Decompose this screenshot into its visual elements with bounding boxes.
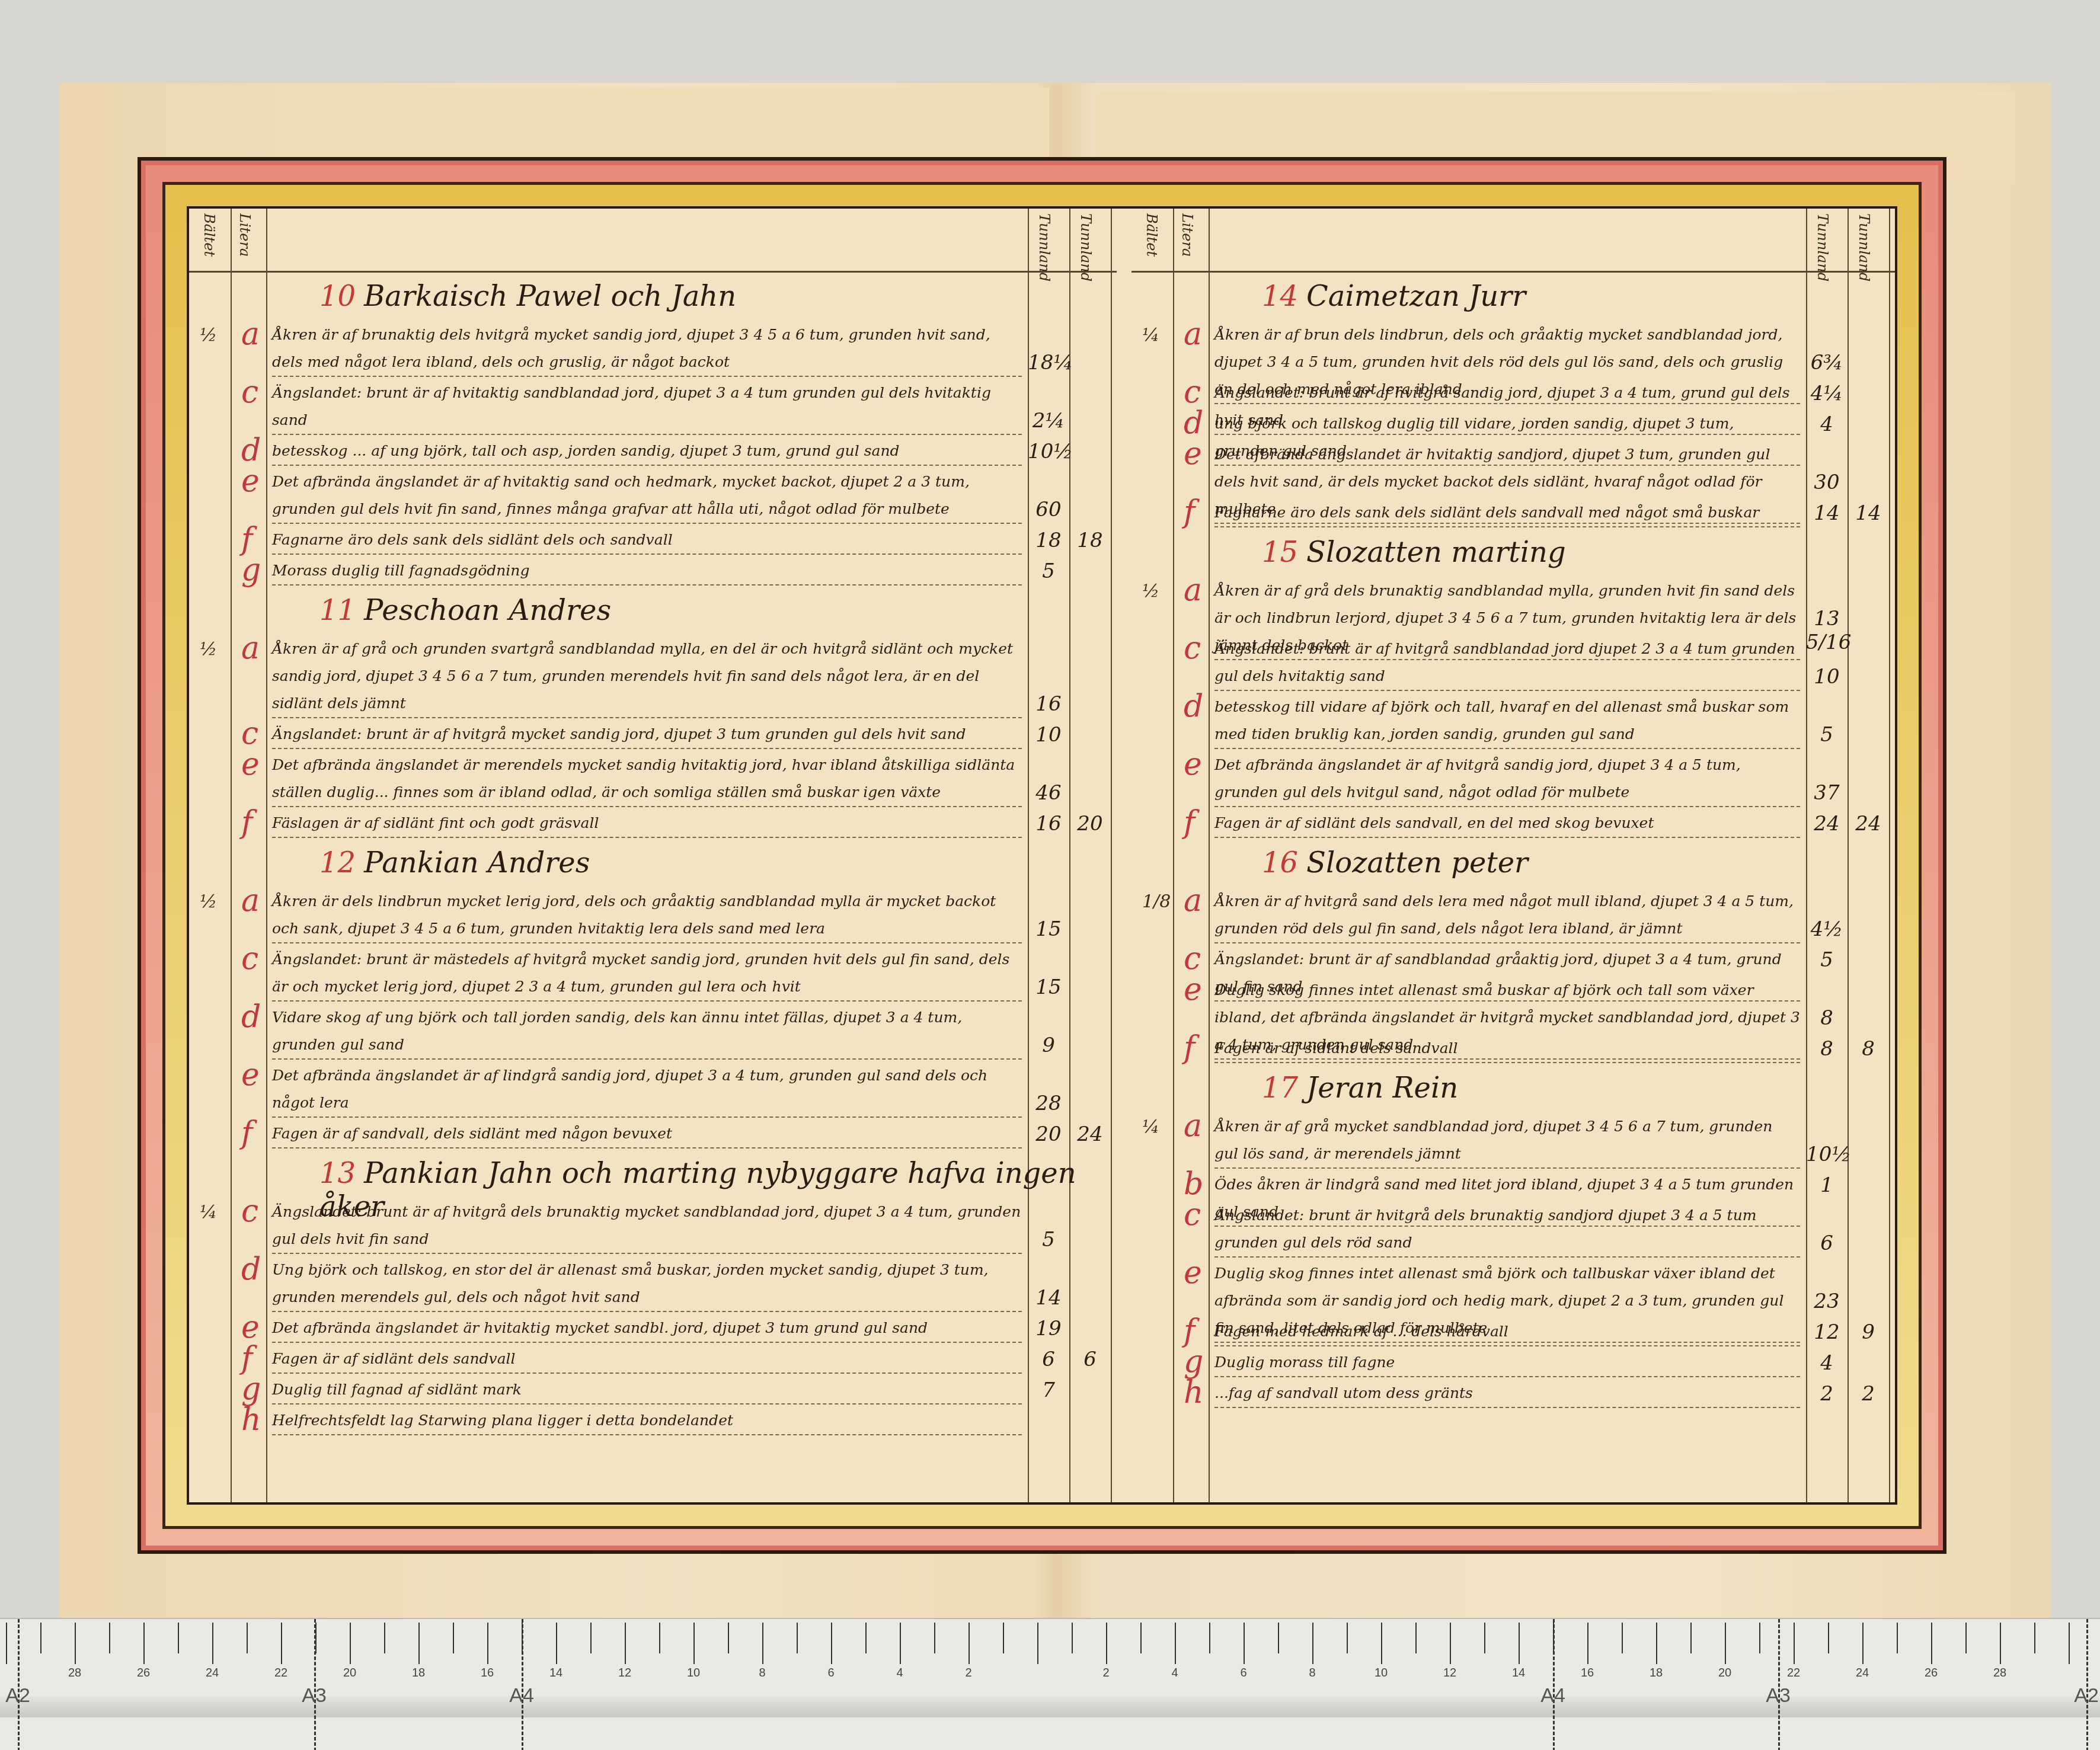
ruler-number: 8 — [759, 1666, 765, 1680]
ruler-number: 10 — [687, 1666, 700, 1680]
row-value: 9 — [1028, 1034, 1069, 1057]
row-letter: g — [1184, 1344, 1203, 1380]
row-value: 15 — [1028, 917, 1069, 941]
ruler-number: 20 — [343, 1666, 356, 1680]
ruler-tick — [1140, 1623, 1142, 1653]
header-divider — [189, 271, 1117, 273]
row-letter: c — [1184, 375, 1201, 410]
bal-fraction: ½ — [200, 891, 217, 912]
row-value: 4 — [1806, 412, 1848, 436]
row-description: Det afbrända ängslandet är af lindgrå sa… — [272, 1062, 1022, 1118]
row-description: Åkren är af hvitgrå sand dels lera med n… — [1214, 888, 1800, 943]
row-value-2: 18 — [1069, 529, 1111, 552]
row-letter: c — [241, 1194, 258, 1229]
row-value: 8 — [1806, 1037, 1848, 1061]
ruler-number: 12 — [1443, 1666, 1456, 1680]
row-value: 2¼ — [1028, 409, 1069, 433]
ruler-tick — [1725, 1623, 1726, 1664]
row-value: 20 — [1028, 1122, 1069, 1146]
ruler-tick — [556, 1623, 557, 1664]
ruler-number: 22 — [274, 1666, 287, 1680]
ruler-tick — [1244, 1623, 1245, 1664]
ruler-tick — [590, 1623, 592, 1653]
row-letter: a — [1184, 572, 1202, 608]
ruler-tick — [797, 1623, 798, 1653]
row-letter: d — [1184, 689, 1203, 724]
row-description: Ung björk och tallskog, en stor del är a… — [272, 1256, 1022, 1312]
row-value: 4 — [1806, 1351, 1848, 1375]
entry-number: 15 — [1262, 536, 1298, 569]
ruler-tick — [762, 1623, 763, 1664]
ruler-tick — [2034, 1623, 2035, 1653]
row-value: 6 — [1028, 1348, 1069, 1371]
ruler-tick — [865, 1623, 867, 1653]
row-letter: d — [241, 1252, 261, 1287]
ruler-tick — [1965, 1623, 1967, 1653]
ruler-number: 4 — [896, 1666, 903, 1680]
ruler-tick — [75, 1623, 76, 1664]
row-letter: e — [1184, 972, 1202, 1007]
row-description: Fagen är af sidlänt dels sandvall — [1214, 1035, 1800, 1063]
row-value: 10½ — [1806, 1143, 1848, 1166]
column-divider — [1209, 209, 1210, 1502]
row-description: Fagnarne äro dels sank dels sidlänt dels… — [1214, 499, 1800, 527]
entry-number: 12 — [319, 846, 356, 879]
bal-fraction: ½ — [1142, 581, 1159, 602]
ruler-tick — [143, 1623, 145, 1664]
ruler-tick — [1037, 1623, 1038, 1664]
row-letter: e — [1184, 1255, 1202, 1291]
ruler-number: 14 — [1512, 1666, 1525, 1680]
ruler-number: 24 — [1856, 1666, 1869, 1680]
row-description: Ängslandet: brunt är hvitgrå dels brunak… — [1214, 1202, 1800, 1258]
ruler-number: 18 — [412, 1666, 425, 1680]
paper-format-label: A3 — [302, 1684, 327, 1707]
ruler-tick — [900, 1623, 901, 1664]
row-value: 16 — [1028, 692, 1069, 716]
row-letter: c — [1184, 631, 1201, 666]
ruler-number: 6 — [827, 1666, 834, 1680]
row-letter: a — [1184, 1108, 1202, 1144]
ruler-number: 8 — [1309, 1666, 1315, 1680]
row-value: 2 — [1806, 1382, 1848, 1406]
ruler-tick — [1690, 1623, 1692, 1653]
entry-number: 17 — [1262, 1071, 1298, 1105]
ruler-number: 26 — [1925, 1666, 1938, 1680]
ruler-number: 12 — [618, 1666, 631, 1680]
column-divider — [1173, 209, 1174, 1502]
ruler-tick — [1106, 1623, 1107, 1664]
ruler-tick — [1278, 1623, 1279, 1653]
row-letter: e — [241, 747, 260, 782]
row-value: 19 — [1028, 1317, 1069, 1341]
ruler-tick — [281, 1623, 282, 1664]
entry-name: Caimetzan Jurr — [1306, 280, 1526, 313]
row-letter: c — [1184, 941, 1201, 977]
row-value: 46 — [1028, 781, 1069, 805]
row-description: Det afbrända ängslandet är af hvitgrå sa… — [1214, 751, 1800, 807]
ruler-tick — [1209, 1623, 1210, 1653]
row-letter: f — [241, 1341, 252, 1376]
ruler-number: 28 — [68, 1666, 81, 1680]
entry-number: 11 — [319, 594, 356, 627]
row-letter: a — [241, 883, 260, 919]
row-value: 15 — [1028, 975, 1069, 999]
ruler-tick — [1759, 1623, 1760, 1653]
row-description: Åkren är dels lindbrun mycket lerig jord… — [272, 888, 1022, 943]
entry-number: 14 — [1262, 280, 1298, 313]
ruler-tick — [1794, 1623, 1795, 1664]
row-value: 5 — [1028, 559, 1069, 583]
row-description: Fagen är af sandvall, dels sidlänt med n… — [272, 1120, 1022, 1148]
paper-format-label: A4 — [509, 1684, 534, 1707]
ruler-tick — [2069, 1623, 2070, 1664]
column-header: Tunnland — [1856, 213, 1872, 281]
row-value-2: 24 — [1069, 1122, 1111, 1146]
row-value-2: 9 — [1848, 1320, 1889, 1344]
right-page: BältetLiteraTunnlandTunnland14Caimetzan … — [1131, 209, 1895, 1502]
row-description: Ängslandet: brunt är af hvitgrå dels bru… — [272, 1198, 1022, 1254]
ruler-number: 4 — [1171, 1666, 1178, 1680]
row-letter: f — [241, 805, 252, 840]
ruler-tick — [1656, 1623, 1657, 1664]
entry-number: 10 — [319, 280, 356, 313]
bal-fraction: ½ — [200, 325, 217, 345]
row-value-2: 14 — [1848, 501, 1889, 525]
entry-name: Barkaisch Pawel och Jahn — [364, 280, 736, 313]
entry-number: 16 — [1262, 846, 1298, 879]
ruler-tick — [934, 1623, 935, 1653]
ruler-tick — [1587, 1623, 1588, 1664]
entry-name: Slozatten peter — [1306, 846, 1528, 879]
row-value: 18 — [1028, 529, 1069, 552]
ruler-tick — [1175, 1623, 1176, 1664]
ruler-tick — [487, 1623, 488, 1664]
ruler-tick — [625, 1623, 626, 1664]
row-value: 4¼ — [1806, 382, 1848, 405]
row-description: Duglig morass till fagne — [1214, 1349, 1800, 1377]
row-letter: c — [241, 375, 258, 410]
ruler-number: 16 — [1581, 1666, 1594, 1680]
ruler-tick — [1931, 1623, 1932, 1664]
ruler-tick — [728, 1623, 729, 1653]
ruler-number: 22 — [1787, 1666, 1800, 1680]
row-description: Vidare skog af ung björk och tall jorden… — [272, 1004, 1022, 1060]
row-value: 23 — [1806, 1290, 1848, 1313]
bal-fraction: ¼ — [200, 1202, 217, 1223]
row-description: Ängslandet: brunt är af hvitaktig sandbl… — [272, 379, 1022, 435]
row-description: Ängslandet: brunt är af hvitgrå sandblan… — [1214, 635, 1800, 691]
ruler-tick — [418, 1623, 420, 1664]
register-table: BältetLiteraTunnlandTunnland10Barkaisch … — [187, 206, 1897, 1505]
ruler-tick — [1450, 1623, 1451, 1664]
row-value: 4½ — [1806, 917, 1848, 941]
paper-format-label: A3 — [1766, 1684, 1791, 1707]
row-description: Fagnarne äro dels sank dels sidlänt dels… — [272, 526, 1022, 555]
column-header: Tunnland — [1036, 213, 1053, 281]
paper-format-label: A2 — [2074, 1684, 2099, 1707]
ruler-tick — [831, 1623, 832, 1664]
ruler-tick — [109, 1623, 110, 1653]
entry-number: 13 — [319, 1157, 356, 1190]
row-letter: a — [241, 316, 260, 352]
ruler-tick — [969, 1623, 970, 1664]
ruler-tick — [350, 1623, 351, 1664]
row-letter: c — [1184, 1197, 1201, 1233]
ruler-tick — [659, 1623, 660, 1653]
row-letter: f — [1184, 1313, 1195, 1349]
bal-fraction: 1/8 — [1142, 891, 1171, 912]
ruler-tick — [1519, 1623, 1520, 1664]
row-value: 14 — [1028, 1286, 1069, 1310]
column-divider — [231, 209, 232, 1502]
ruler-number: 14 — [549, 1666, 562, 1680]
entry-name: Peschoan Andres — [364, 594, 611, 627]
row-letter: c — [241, 716, 258, 751]
row-letter: e — [1184, 436, 1202, 472]
row-letter: f — [1184, 805, 1195, 840]
row-description: Det afbrända ängslandet är af hvitaktig … — [272, 468, 1022, 524]
row-value: 10 — [1806, 665, 1848, 689]
ruler-tick — [453, 1623, 454, 1653]
row-description: Fagen med hedmark af ... dels hårdvall — [1214, 1318, 1800, 1346]
row-letter: f — [241, 1115, 252, 1151]
row-value: 10 — [1028, 723, 1069, 747]
row-description: Åkren är af grå mycket sandblandad jord,… — [1214, 1113, 1800, 1169]
row-letter: h — [1184, 1375, 1204, 1410]
row-value: 24 — [1806, 812, 1848, 836]
row-description: Ängslandet: brunt är af hvitgrå mycket s… — [272, 721, 1022, 749]
ruler-tick — [1381, 1623, 1382, 1664]
row-letter: c — [241, 941, 258, 977]
row-letter: a — [1184, 316, 1202, 352]
entry-name: Pankian Andres — [364, 846, 590, 879]
row-description: Det afbrända ängslandet är merendels myc… — [272, 751, 1022, 807]
column-header: Tunnland — [1078, 213, 1094, 281]
row-value-2: 20 — [1069, 812, 1111, 836]
entry-title: 15Slozatten marting — [1262, 536, 1566, 569]
row-description: ...fag af sandvall utom dess gränts — [1214, 1380, 1800, 1408]
row-description: Fagen är af sidlänt dels sandvall — [272, 1345, 1022, 1374]
entry-title: 12Pankian Andres — [319, 846, 590, 879]
row-letter: g — [241, 1371, 261, 1407]
ruler-number: 6 — [1240, 1666, 1246, 1680]
entry-title: 11Peschoan Andres — [319, 594, 611, 627]
ruler-tick — [1415, 1623, 1417, 1653]
ruler-tick — [1003, 1623, 1004, 1653]
column-divider — [1889, 209, 1890, 1502]
row-description: Det afbrända ängslandet är hvitaktig myc… — [272, 1314, 1022, 1343]
row-value: 5 — [1028, 1228, 1069, 1252]
row-value-2: 24 — [1848, 812, 1889, 836]
row-letter: e — [241, 1057, 260, 1093]
row-letter: e — [241, 1310, 260, 1345]
row-letter: e — [241, 463, 260, 499]
row-letter: g — [241, 552, 261, 588]
entry-name: Slozatten marting — [1306, 536, 1566, 569]
row-value: 13 5/16 — [1806, 607, 1848, 654]
entry-title: 10Barkaisch Pawel och Jahn — [319, 280, 736, 313]
column-header: Bältet — [1143, 213, 1160, 257]
row-description: Helfrechtsfeldt lag Starwing plana ligge… — [272, 1407, 1022, 1435]
ruler-number: 2 — [965, 1666, 971, 1680]
ruler-tick — [1828, 1623, 1829, 1653]
row-value: 37 — [1806, 781, 1848, 805]
row-value: 5 — [1806, 723, 1848, 747]
row-value-2: 6 — [1069, 1348, 1111, 1371]
row-value: 16 — [1028, 812, 1069, 836]
entry-title: 14Caimetzan Jurr — [1262, 280, 1526, 313]
bal-fraction: ½ — [200, 639, 217, 660]
ruler-tick — [1312, 1623, 1313, 1664]
ruler-number: 26 — [137, 1666, 150, 1680]
measurement-ruler: 2826242220181614121086422468101214161820… — [0, 1618, 2100, 1750]
row-description: betesskog ... af ung björk, tall och asp… — [272, 437, 1022, 466]
row-value: 7 — [1028, 1378, 1069, 1402]
ruler-tick — [40, 1623, 41, 1653]
row-value: 1 — [1806, 1173, 1848, 1197]
ruler-tick — [1347, 1623, 1348, 1653]
ruler-number: 2 — [1102, 1666, 1109, 1680]
ruler-tick — [178, 1623, 179, 1653]
row-letter: f — [1184, 1030, 1195, 1066]
row-description: Åkren är af grå och grunden svartgrå san… — [272, 635, 1022, 718]
ruler-tick — [384, 1623, 385, 1653]
paper-format-label: A4 — [1540, 1684, 1565, 1707]
row-value: 60 — [1028, 498, 1069, 522]
row-letter: h — [241, 1402, 261, 1438]
row-value: 10½ — [1028, 440, 1069, 463]
row-description: Duglig till fagnad af sidlänt mark — [272, 1376, 1022, 1405]
row-description: Morass duglig till fagnadsgödning — [272, 557, 1022, 586]
ruler-tick — [1862, 1623, 1864, 1664]
ruler-number: 24 — [206, 1666, 219, 1680]
ruler-number: 28 — [1993, 1666, 2006, 1680]
row-letter: e — [1184, 747, 1202, 782]
bal-fraction: ¼ — [1142, 1116, 1159, 1137]
row-value: 6 — [1806, 1231, 1848, 1255]
row-letter: f — [1184, 494, 1195, 530]
entry-title: 17Jeran Rein — [1262, 1071, 1458, 1105]
row-description: Fäslagen är af sidlänt fint och godt grä… — [272, 810, 1022, 838]
decorative-border: BältetLiteraTunnlandTunnland10Barkaisch … — [138, 157, 1946, 1554]
row-description: Fagen är af sidlänt dels sandvall, en de… — [1214, 810, 1800, 838]
column-divider — [1848, 209, 1849, 1502]
column-header: Litera — [1179, 213, 1196, 257]
header-divider — [1131, 271, 1895, 273]
column-divider — [1111, 209, 1112, 1502]
ruler-number: 18 — [1650, 1666, 1663, 1680]
ruler-tick — [247, 1623, 248, 1653]
row-letter: a — [1184, 883, 1202, 919]
row-letter: d — [241, 433, 261, 468]
column-header: Bältet — [201, 213, 218, 257]
row-value: 8 — [1806, 1006, 1848, 1030]
row-description: Åkren är af brunaktig dels hvitgrå mycke… — [272, 321, 1022, 377]
row-letter: d — [1184, 405, 1203, 441]
ruler-number: 10 — [1375, 1666, 1388, 1680]
ruler-number: 20 — [1718, 1666, 1731, 1680]
ruler-tick — [6, 1623, 7, 1664]
row-value-2: 2 — [1848, 1382, 1889, 1406]
ruler-tick — [1484, 1623, 1485, 1653]
row-value: 6¾ — [1806, 351, 1848, 375]
row-description: betesskog till vidare af björk och tall,… — [1214, 693, 1800, 749]
row-letter: d — [241, 999, 261, 1035]
row-value: 5 — [1806, 948, 1848, 972]
row-description: Ängslandet: brunt är mästedels af hvitgr… — [272, 946, 1022, 1002]
bal-fraction: ¼ — [1142, 325, 1159, 345]
column-header: Litera — [236, 213, 253, 257]
row-value-2: 8 — [1848, 1037, 1889, 1061]
ruler-tick — [2000, 1623, 2001, 1664]
entry-name: Jeran Rein — [1306, 1071, 1458, 1105]
row-value: 12 — [1806, 1320, 1848, 1344]
row-letter: f — [241, 522, 252, 557]
column-divider — [266, 209, 267, 1502]
row-value: 14 — [1806, 501, 1848, 525]
ruler-tick — [1072, 1623, 1073, 1653]
row-letter: a — [241, 631, 260, 666]
row-value: 28 — [1028, 1092, 1069, 1115]
paper-format-label: A2 — [5, 1684, 30, 1707]
row-value: 18¼ — [1028, 351, 1069, 375]
ruler-number: 16 — [481, 1666, 494, 1680]
column-header: Tunnland — [1814, 213, 1831, 281]
ruler-tick — [693, 1623, 695, 1664]
entry-title: 16Slozatten peter — [1262, 846, 1528, 879]
ruler-tick — [212, 1623, 213, 1664]
row-value: 30 — [1806, 471, 1848, 494]
row-letter: b — [1184, 1166, 1203, 1202]
ruler-tick — [1622, 1623, 1623, 1653]
ruler-tick — [1897, 1623, 1898, 1653]
left-page: BältetLiteraTunnlandTunnland10Barkaisch … — [189, 209, 1117, 1502]
column-divider — [1069, 209, 1070, 1502]
